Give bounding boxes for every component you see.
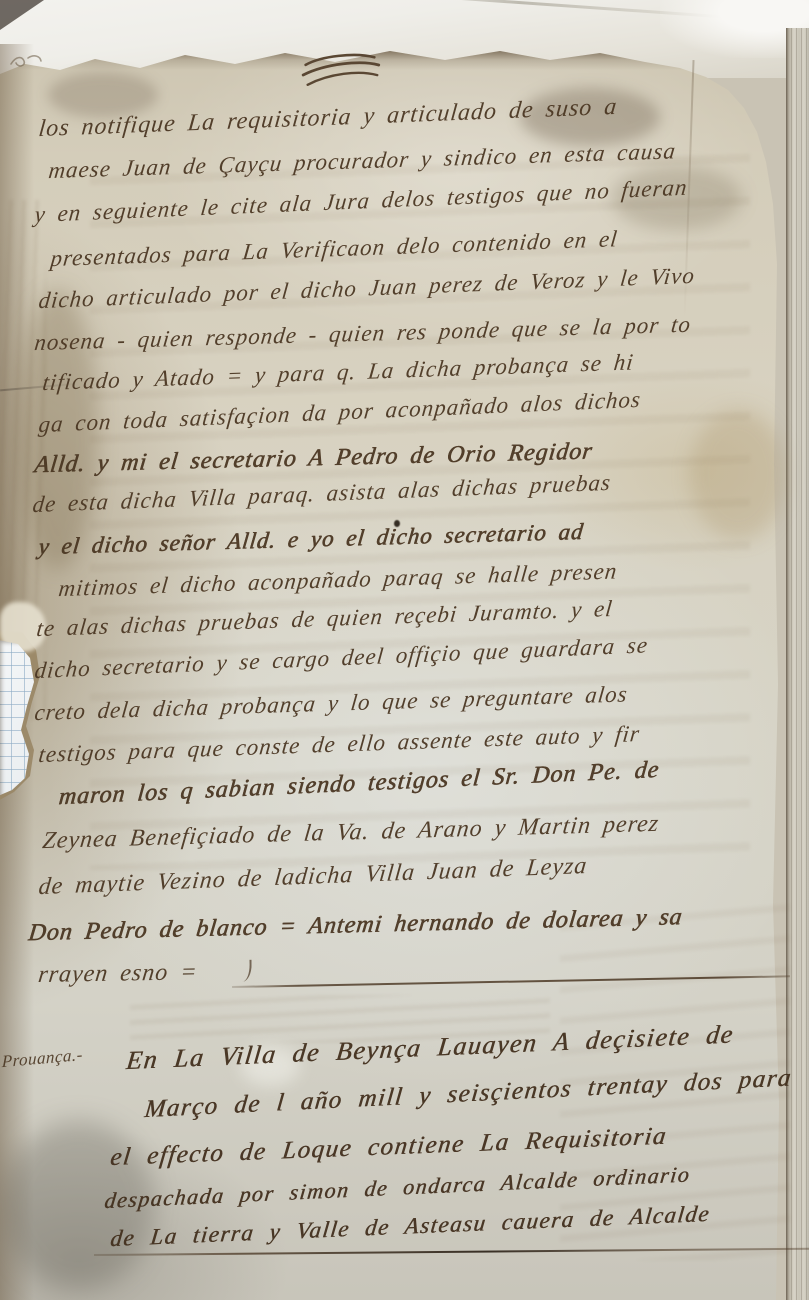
manuscript-line: rrayen esno =: [37, 959, 199, 989]
triple-stroke-mark: [299, 50, 383, 92]
corner-mark: [8, 48, 44, 74]
manuscript-photo: los notifique La requisitoria y articula…: [0, 0, 809, 1300]
book-page-edges: [786, 28, 809, 1300]
